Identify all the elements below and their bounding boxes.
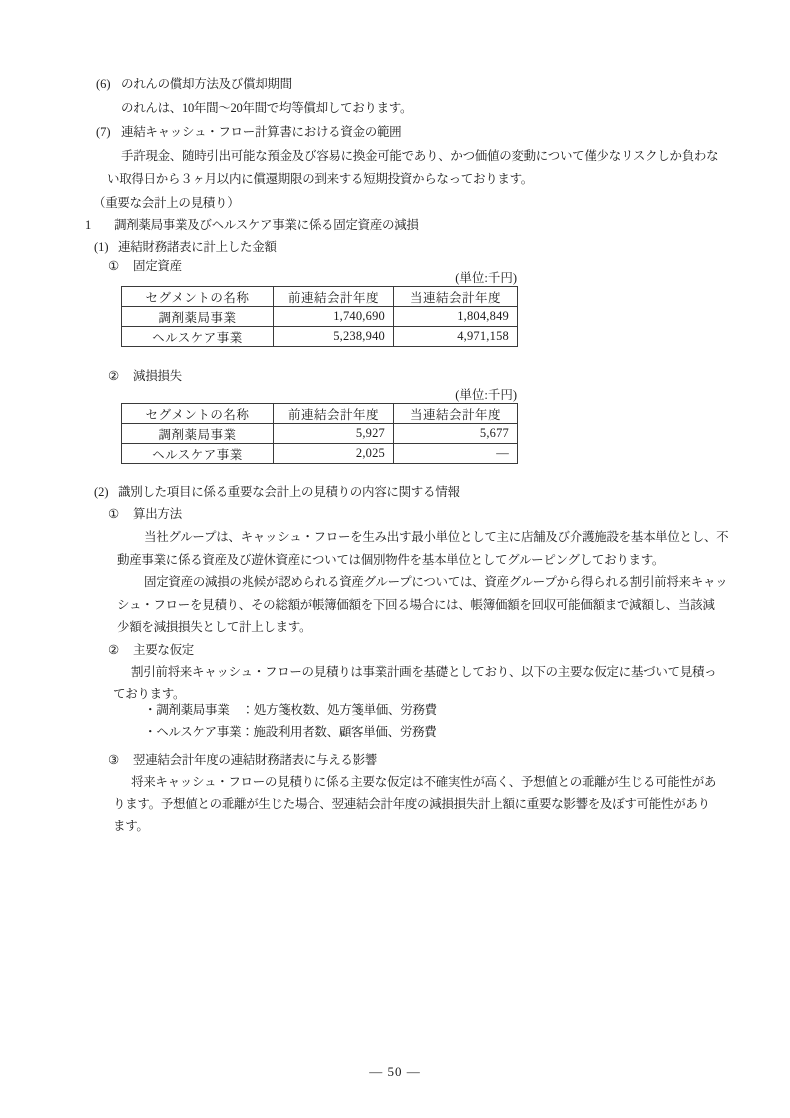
- current-year-cell: 5,677: [394, 424, 518, 444]
- impact-paragraph-line: ます。: [113, 819, 149, 834]
- impact-marker: ③: [108, 753, 133, 768]
- cash-scope-marker: (7): [96, 125, 121, 140]
- previous-year-cell: 5,927: [274, 424, 394, 444]
- sub1-heading: (1)連結財務諸表に計上した金額: [94, 240, 277, 255]
- impact-paragraph-line: ります。予想値との乖離が生じた場合、翌連結会計年度の減損損失計上額に重要な影響を…: [113, 797, 710, 812]
- unit-label-impairment: (単位:千円): [122, 388, 517, 402]
- impact-title: 翌連結会計年度の連結財務諸表に与える影響: [133, 753, 377, 767]
- impact-heading: ③翌連結会計年度の連結財務諸表に与える影響: [108, 753, 377, 768]
- current-year-cell: ―: [394, 444, 518, 464]
- goodwill-body: のれんは、10年間～20年間で均等償却しております。: [121, 101, 412, 116]
- table-row-pharmacy: 調剤薬局事業 5,927 5,677: [122, 424, 518, 444]
- sub2-heading: (2)識別した項目に係る重要な会計上の見積りの内容に関する情報: [94, 485, 460, 500]
- sub2-title: 識別した項目に係る重要な会計上の見積りの内容に関する情報: [118, 485, 460, 499]
- sub2-marker: (2): [94, 485, 118, 500]
- assumptions-paragraph-line: ております。: [113, 687, 185, 702]
- segment-name-cell: ヘルスケア事業: [122, 327, 274, 347]
- sub1-title: 連結財務諸表に計上した金額: [118, 240, 277, 254]
- header-previous-year: 前連結会計年度: [274, 404, 394, 424]
- cash-scope-body-line2: い取得日から３ヶ月以内に償還期限の到来する短期投資からなっております。: [107, 172, 533, 187]
- segment-name-cell: ヘルスケア事業: [122, 444, 274, 464]
- estimates-item1-heading: 1調剤薬局事業及びヘルスケア事業に係る固定資産の減損: [85, 218, 419, 233]
- segment-name-cell: 調剤薬局事業: [122, 307, 274, 327]
- assumption-bullet-healthcare: ・ヘルスケア事業：施設利用者数、顧客単価、労務費: [144, 725, 436, 740]
- cash-scope-title: 連結キャッシュ・フロー計算書における資金の範囲: [121, 125, 401, 139]
- method-paragraph-line: 動産事業に係る資産及び遊休資産については個別物件を基本単位としてグルーピングして…: [117, 553, 664, 568]
- estimates-item1-number: 1: [85, 218, 114, 233]
- header-current-year: 当連結会計年度: [394, 287, 518, 307]
- assumptions-heading: ②主要な仮定: [108, 643, 194, 658]
- current-year-cell: 1,804,849: [394, 307, 518, 327]
- assumption-bullet-pharmacy: ・調剤薬局事業 ：処方箋枚数、処方箋単価、労務費: [144, 703, 437, 718]
- impairment-table-header-row: セグメントの名称 前連結会計年度 当連結会計年度: [122, 404, 518, 424]
- method-paragraph-line: 固定資産の減損の兆候が認められる資産グループについては、資産グループから得られる…: [144, 575, 727, 590]
- previous-year-cell: 1,740,690: [274, 307, 394, 327]
- estimates-section-heading: （重要な会計上の見積り）: [93, 196, 239, 211]
- assumptions-paragraph-line: 割引前将来キャッシュ・フローの見積りは事業計画を基礎としており、以下の主要な仮定…: [131, 665, 716, 680]
- document-page: (6)のれんの償却方法及び償却期間 のれんは、10年間～20年間で均等償却してお…: [0, 0, 790, 1118]
- table-row-healthcare: ヘルスケア事業 2,025 ―: [122, 444, 518, 464]
- impairment-loss-heading: ②減損損失: [108, 369, 182, 384]
- method-paragraph-line: 当社グループは、キャッシュ・フローを生み出す最小単位として主に店舗及び介護施設を…: [144, 530, 728, 545]
- method-paragraph-line: シュ・フローを見積り、その総額が帳簿価額を下回る場合には、帳簿価額を回収可能価額…: [117, 598, 715, 613]
- header-previous-year: 前連結会計年度: [274, 287, 394, 307]
- goodwill-title: のれんの償却方法及び償却期間: [121, 77, 292, 91]
- assumptions-marker: ②: [108, 643, 133, 658]
- fixed-assets-table-header-row: セグメントの名称 前連結会計年度 当連結会計年度: [122, 287, 518, 307]
- header-segment-name: セグメントの名称: [122, 287, 274, 307]
- impact-paragraph-line: 将来キャッシュ・フローの見積りに係る主要な仮定は不確実性が高く、予想値との乖離が…: [131, 775, 716, 790]
- unit-label-fixed-assets: (単位:千円): [122, 271, 517, 285]
- impairment-loss-title: 減損損失: [133, 369, 182, 383]
- impairment-loss-marker: ②: [108, 369, 133, 384]
- impairment-loss-table: セグメントの名称 前連結会計年度 当連結会計年度 調剤薬局事業 5,927 5,…: [121, 403, 518, 464]
- sub1-marker: (1): [94, 240, 118, 255]
- goodwill-marker: (6): [96, 77, 121, 92]
- table-row-healthcare: ヘルスケア事業 5,238,940 4,971,158: [122, 327, 518, 347]
- table-row-pharmacy: 調剤薬局事業 1,740,690 1,804,849: [122, 307, 518, 327]
- fixed-assets-table: セグメントの名称 前連結会計年度 当連結会計年度 調剤薬局事業 1,740,69…: [121, 286, 518, 347]
- segment-name-cell: 調剤薬局事業: [122, 424, 274, 444]
- page-number: ― 50 ―: [0, 1064, 790, 1080]
- method-heading: ①算出方法: [108, 507, 182, 522]
- header-current-year: 当連結会計年度: [394, 404, 518, 424]
- header-segment-name: セグメントの名称: [122, 404, 274, 424]
- method-paragraph-line: 少額を減損損失として計上します。: [117, 620, 311, 635]
- cash-scope-heading: (7)連結キャッシュ・フロー計算書における資金の範囲: [96, 125, 401, 140]
- assumptions-title: 主要な仮定: [133, 643, 194, 657]
- previous-year-cell: 2,025: [274, 444, 394, 464]
- method-title: 算出方法: [133, 507, 182, 521]
- estimates-item1-title: 調剤薬局事業及びヘルスケア事業に係る固定資産の減損: [114, 218, 419, 232]
- current-year-cell: 4,971,158: [394, 327, 518, 347]
- goodwill-heading: (6)のれんの償却方法及び償却期間: [96, 77, 292, 92]
- method-marker: ①: [108, 507, 133, 522]
- cash-scope-body-line1: 手許現金、随時引出可能な預金及び容易に換金可能であり、かつ価値の変動について僅少…: [121, 149, 718, 164]
- previous-year-cell: 5,238,940: [274, 327, 394, 347]
